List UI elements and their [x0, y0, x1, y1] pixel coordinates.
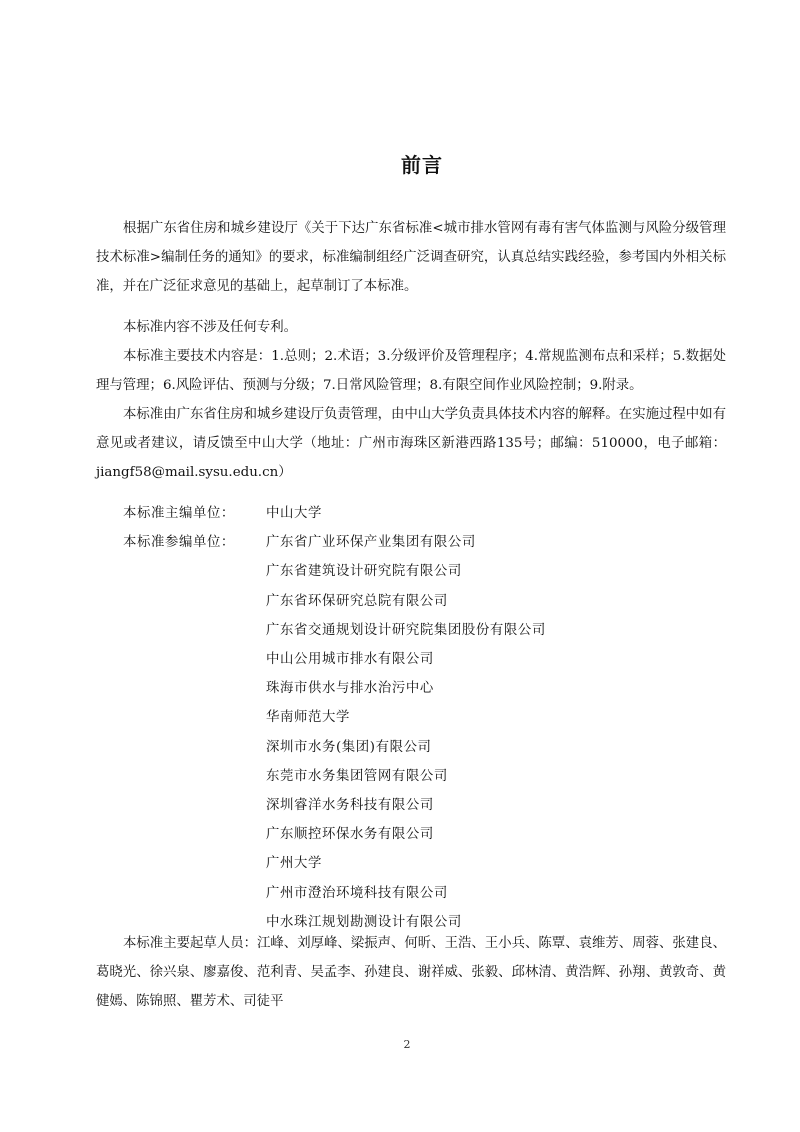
participating-unit: 深圳睿洋水务科技有限公司	[266, 791, 546, 820]
participating-unit: 广州市澄治环境科技有限公司	[266, 879, 546, 908]
chief-editor-label: 本标准主编单位：	[123, 499, 266, 528]
paragraph-patent: 本标准内容不涉及任何专利。	[96, 313, 726, 342]
participating-unit: 广东省建筑设计研究院有限公司	[266, 557, 546, 586]
paragraph-drafters: 本标准主要起草人员：江峰、刘厚峰、梁振声、何昕、王浩、王小兵、陈覃、袁维芳、周蓉…	[96, 929, 726, 1016]
paragraph-management: 本标准由广东省住房和城乡建设厅负责管理，由中山大学负责具体技术内容的解释。在实施…	[96, 400, 726, 487]
participating-unit: 珠海市供水与排水治污中心	[266, 674, 546, 703]
paragraph-drafters-text: 本标准主要起草人员：江峰、刘厚峰、梁振声、何昕、王浩、王小兵、陈覃、袁维芳、周蓉…	[96, 929, 726, 1016]
organization-block: 本标准主编单位： 中山大学 本标准参编单位： 广东省广业环保产业集团有限公司 广…	[123, 499, 546, 937]
paragraph-basis: 根据广东省住房和城乡建设厅《关于下达广东省标准<城市排水管网有毒有害气体监测与风…	[96, 214, 726, 301]
paragraph-contents: 本标准主要技术内容是：1.总则；2.术语；3.分级评价及管理程序；4.常规监测布…	[96, 342, 726, 400]
participating-unit: 华南师范大学	[266, 703, 546, 732]
participating-unit: 深圳市水务(集团)有限公司	[266, 733, 546, 762]
participating-unit: 广东省环保研究总院有限公司	[266, 587, 546, 616]
chief-editor-row: 本标准主编单位： 中山大学	[123, 499, 546, 528]
paragraph-contents-text: 本标准主要技术内容是：1.总则；2.术语；3.分级评价及管理程序；4.常规监测布…	[96, 342, 726, 400]
participating-editors-label: 本标准参编单位：	[123, 528, 266, 937]
participating-unit: 广东省交通规划设计研究院集团股份有限公司	[266, 616, 546, 645]
participating-editors-row: 本标准参编单位： 广东省广业环保产业集团有限公司 广东省建筑设计研究院有限公司 …	[123, 528, 546, 937]
page-number: 2	[400, 1038, 414, 1051]
paragraph-management-text: 本标准由广东省住房和城乡建设厅负责管理，由中山大学负责具体技术内容的解释。在实施…	[96, 400, 726, 487]
page-title: 前言	[0, 150, 800, 180]
chief-editor-list: 中山大学	[266, 499, 322, 528]
participating-editors-list: 广东省广业环保产业集团有限公司 广东省建筑设计研究院有限公司 广东省环保研究总院…	[266, 528, 546, 937]
participating-unit: 东莞市水务集团管网有限公司	[266, 762, 546, 791]
participating-unit: 中山公用城市排水有限公司	[266, 645, 546, 674]
participating-unit: 广州大学	[266, 849, 546, 878]
participating-unit: 广东省广业环保产业集团有限公司	[266, 528, 546, 557]
paragraph-patent-text: 本标准内容不涉及任何专利。	[96, 313, 726, 342]
paragraph-basis-text: 根据广东省住房和城乡建设厅《关于下达广东省标准<城市排水管网有毒有害气体监测与风…	[96, 214, 726, 301]
chief-editor-unit: 中山大学	[266, 499, 322, 528]
participating-unit: 广东顺控环保水务有限公司	[266, 820, 546, 849]
